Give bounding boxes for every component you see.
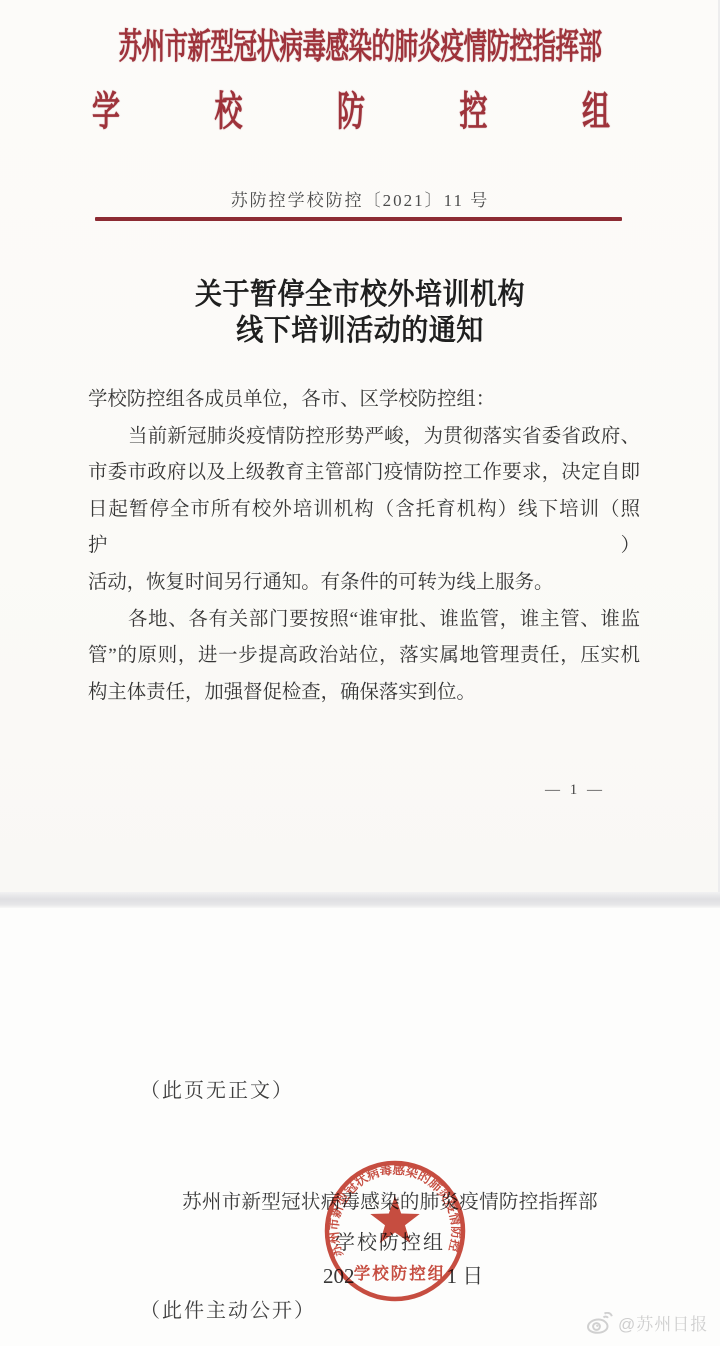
watermark-text: @苏州日报	[618, 1310, 708, 1335]
document-photo: 苏州市新型冠状病毒感染的肺炎疫情防控指挥部 学 校 防 控 组 苏防控学校防控〔…	[0, 0, 720, 1346]
authority-char: 控	[459, 80, 487, 138]
red-divider-rule	[95, 217, 622, 221]
body-line: 管”的原则，进一步提高政治站位，落实属地管理责任，压实机	[88, 638, 640, 675]
body-line: 日起暂停全市所有校外培训机构（含托育机构）线下培训（照护）	[88, 492, 640, 565]
watermark: @苏州日报	[586, 1310, 708, 1335]
seal-bottom-text: 学校防控组	[354, 1263, 447, 1283]
disclosure-note: （此件主动公开）	[140, 1294, 316, 1323]
seal-star	[370, 1196, 419, 1243]
authority-char: 组	[582, 80, 610, 138]
weibo-icon	[586, 1312, 613, 1334]
body-line: 各地、各有关部门要按照“谁审批、谁监管，谁主管、谁监	[88, 602, 640, 639]
authority-char: 学	[92, 80, 120, 138]
document-body: 学校防控组各成员单位，各市、区学校防控组： 当前新冠肺炎疫情防控形势严峻，为贯彻…	[88, 382, 640, 711]
issuing-authority-line1: 苏州市新型冠状病毒感染的肺炎疫情防控指挥部	[60, 18, 660, 69]
body-line-salutation: 学校防控组各成员单位，各市、区学校防控组：	[88, 382, 640, 419]
document-title-line2: 线下培训活动的通知	[0, 306, 720, 349]
official-seal-stamp: 苏州市新型冠状病毒感染的肺炎疫情防控指挥部 学校防控组	[320, 1156, 470, 1306]
page-2: （此页无正文） 苏州市新型冠状病毒感染的肺炎疫情防控指挥部 学校防控组 202 …	[0, 908, 720, 1346]
document-number: 苏防控学校防控〔2021〕11 号	[0, 186, 720, 211]
page-number: — 1 —	[545, 782, 605, 799]
no-body-note: （此页无正文）	[140, 1074, 294, 1103]
body-line: 构主体责任，加强督促检查，确保落实到位。	[88, 675, 640, 712]
authority-char: 校	[214, 80, 242, 138]
body-line: 活动，恢复时间另行通知。有条件的可转为线上服务。	[88, 565, 640, 602]
page-divider	[0, 892, 720, 908]
page-1: 苏州市新型冠状病毒感染的肺炎疫情防控指挥部 学 校 防 控 组 苏防控学校防控〔…	[0, 0, 720, 892]
issuing-authority-line2: 学 校 防 控 组	[92, 80, 610, 138]
body-line: 市委市政府以及上级教育主管部门疫情防控工作要求，决定自即	[88, 455, 640, 492]
body-line: 当前新冠肺炎疫情防控形势严峻，为贯彻落实省委省政府、	[88, 419, 640, 456]
authority-char: 防	[337, 80, 365, 138]
